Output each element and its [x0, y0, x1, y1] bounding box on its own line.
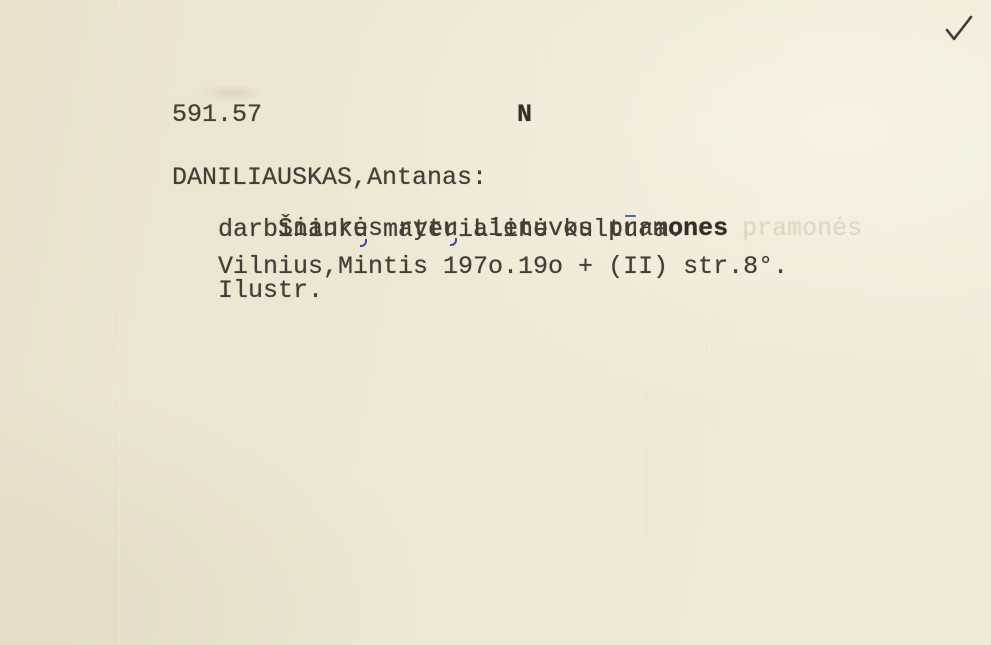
paper-crease	[641, 0, 642, 645]
illustration-note: Ilustr.	[218, 278, 323, 303]
author-heading: DANILIAUSKAS,Antanas:	[172, 165, 487, 190]
checkmark-icon	[941, 13, 977, 45]
title-line-2: darbininku materialinė kultura.	[218, 217, 683, 242]
catalog-card: 591.57 N DANILIAUSKAS,Antanas: Šiaurės r…	[0, 0, 991, 645]
paper-crease	[709, 0, 710, 645]
paper-crease	[119, 0, 120, 645]
title-erased-text: pramonės	[742, 216, 862, 241]
heading-letter: N	[517, 102, 532, 127]
paper-crease	[540, 0, 541, 645]
call-number: 591.57	[172, 102, 262, 127]
